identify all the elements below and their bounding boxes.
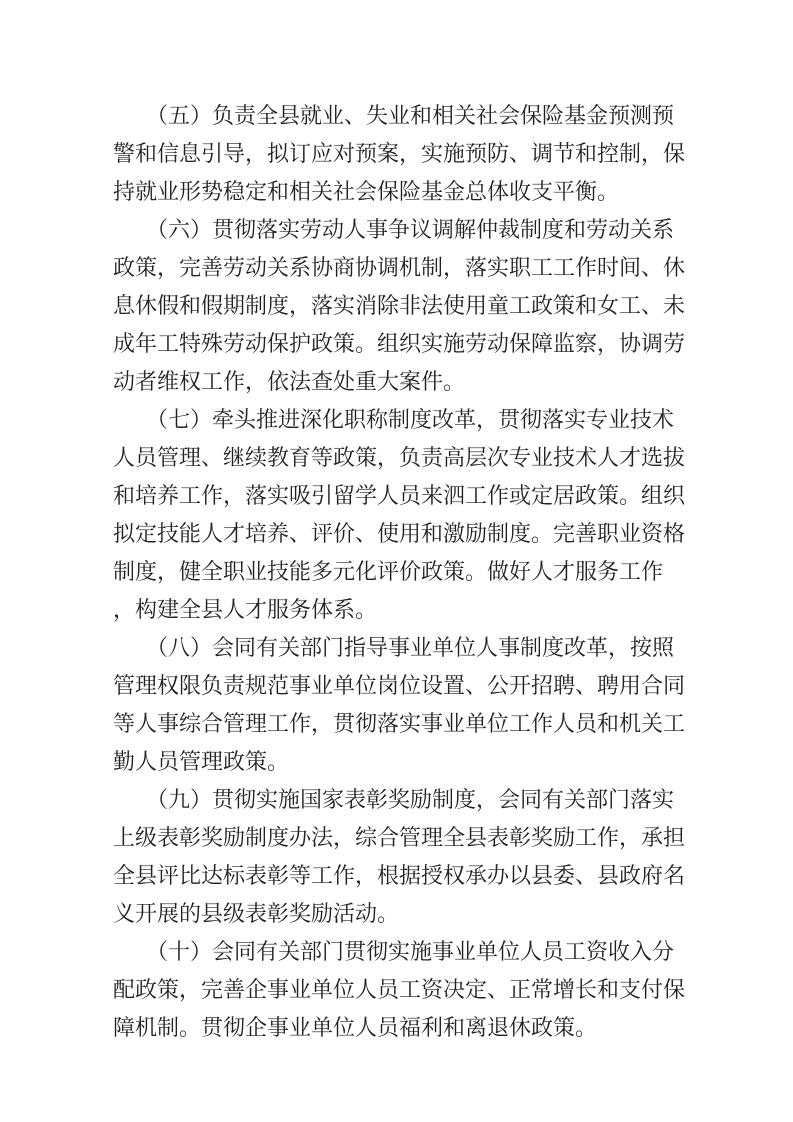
- paragraph-item-8: （八）会同有关部门指导事业单位人事制度改革，按照 管理权限负责规范事业单位岗位设…: [113, 629, 713, 781]
- paragraph-item-6: （六）贯彻落实劳动人事争议调解仲裁制度和劳动关系 政策，完善劳动关系协商协调机制…: [113, 211, 713, 401]
- document-page: （五）负责全县就业、失业和相关社会保险基金预测预 警和信息引导，拟订应对预案，实…: [0, 0, 793, 1122]
- paragraph-item-10: （十）会同有关部门贯彻实施事业单位人员工资收入分 配政策，完善企事业单位人员工资…: [113, 933, 713, 1047]
- paragraph-item-7: （七）牵头推进深化职称制度改革，贯彻落实专业技术 人员管理、继续教育等政策，负责…: [113, 401, 713, 629]
- document-body: （五）负责全县就业、失业和相关社会保险基金预测预 警和信息引导，拟订应对预案，实…: [113, 97, 713, 1047]
- paragraph-item-5: （五）负责全县就业、失业和相关社会保险基金预测预 警和信息引导，拟订应对预案，实…: [113, 97, 713, 211]
- paragraph-item-9: （九）贯彻实施国家表彰奖励制度，会同有关部门落实 上级表彰奖励制度办法，综合管理…: [113, 781, 713, 933]
